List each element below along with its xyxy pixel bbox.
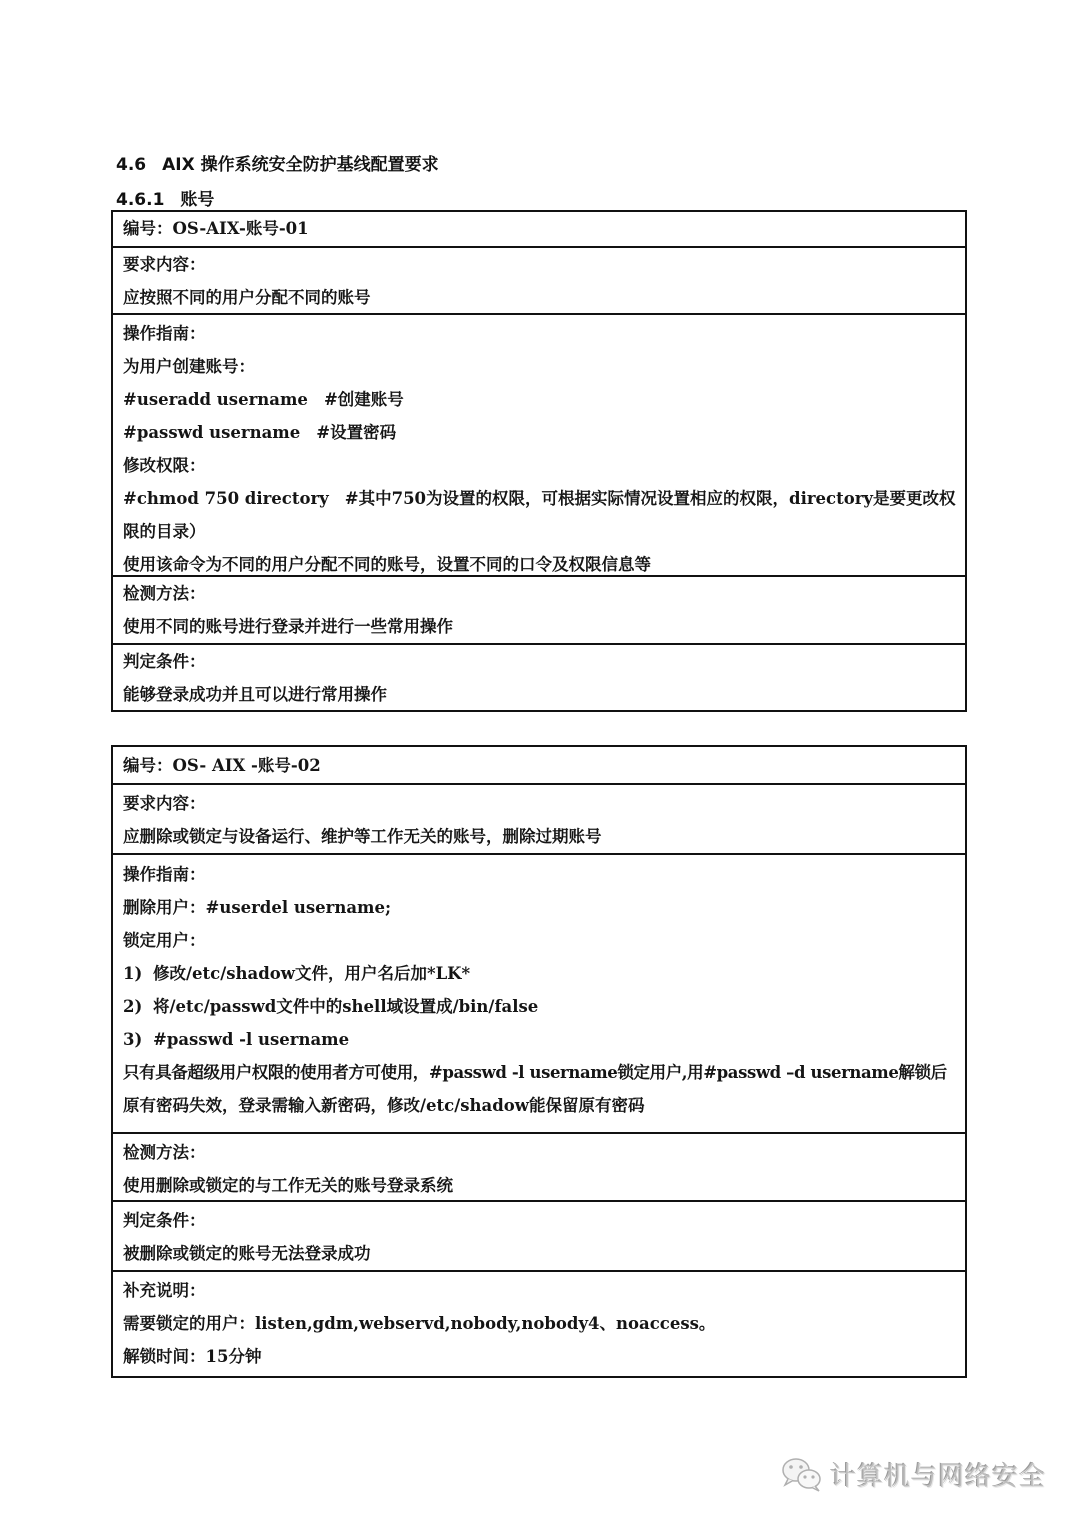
supplement-unlock-time: 解锁时间：15分钟: [123, 1340, 955, 1373]
row-operation-guide: 操作指南： 为用户创建账号： #useradd username#创建账号 #p…: [113, 315, 965, 577]
watermark: 计算机与网络安全: [780, 1455, 1046, 1493]
row-id: 编号：OS- AIX -账号-02: [113, 747, 965, 785]
command-comment: #创建账号: [324, 390, 404, 409]
wechat-icon: [780, 1455, 824, 1493]
row-criteria: 判定条件： 能够登录成功并且可以进行常用操作: [113, 645, 965, 710]
criteria-text: 被删除或锁定的账号无法登录成功: [123, 1237, 955, 1270]
row-requirement: 要求内容： 应按照不同的用户分配不同的账号: [113, 248, 965, 315]
detection-label: 检测方法：: [123, 1136, 955, 1169]
baseline-table-account-01: 编号：OS-AIX-账号-01 要求内容： 应按照不同的用户分配不同的账号 操作…: [111, 210, 967, 712]
requirement-label: 要求内容：: [123, 248, 955, 281]
requirement-text: 应删除或锁定与设备运行、维护等工作无关的账号，删除过期账号: [123, 820, 955, 853]
supplement-label: 补充说明：: [123, 1274, 955, 1307]
command: #useradd username: [123, 390, 308, 409]
command: #chmod 750 directory: [123, 489, 329, 508]
subsection-number: 4.6.1: [116, 190, 164, 210]
detection-label: 检测方法：: [123, 577, 955, 610]
id-line: 编号：OS- AIX -账号-02: [123, 749, 955, 782]
id-line: 编号：OS-AIX-账号-01: [123, 212, 955, 245]
lock-step: 2)将/etc/passwd文件中的shell域设置成/bin/false: [123, 990, 955, 1023]
guide-note-line: 只有具备超级用户权限的使用者方可使用，#passwd -l username锁定…: [123, 1056, 955, 1089]
row-supplement: 补充说明： 需要锁定的用户：listen,gdm,webservd,nobody…: [113, 1272, 965, 1376]
row-operation-guide: 操作指南： 删除用户：#userdel username; 锁定用户： 1)修改…: [113, 855, 965, 1134]
lock-step: 3)#passwd -l username: [123, 1023, 955, 1056]
step-text: 修改/etc/shadow文件，用户名后加*LK*: [153, 964, 470, 983]
row-criteria: 判定条件： 被删除或锁定的账号无法登录成功: [113, 1202, 965, 1272]
supplement-users: 需要锁定的用户：listen,gdm,webservd,nobody,nobod…: [123, 1307, 955, 1340]
watermark-text: 计算机与网络安全: [830, 1456, 1046, 1493]
command-comment: #设置密码: [316, 423, 396, 442]
detection-text: 使用删除或锁定的与工作无关的账号登录系统: [123, 1169, 955, 1202]
row-requirement: 要求内容： 应删除或锁定与设备运行、维护等工作无关的账号，删除过期账号: [113, 785, 965, 855]
lock-step: 1)修改/etc/shadow文件，用户名后加*LK*: [123, 957, 955, 990]
guide-command-line: #passwd username#设置密码: [123, 416, 955, 449]
step-text: #passwd -l username: [153, 1030, 349, 1049]
command: #passwd username: [123, 423, 300, 442]
detection-text: 使用不同的账号进行登录并进行一些常用操作: [123, 610, 955, 643]
section-title: AIX 操作系统安全防护基线配置要求: [162, 155, 439, 175]
requirement-text: 应按照不同的用户分配不同的账号: [123, 281, 955, 314]
guide-command-line: #chmod 750 directory#其中750为设置的权限，可根据实际情况…: [123, 482, 955, 515]
requirement-label: 要求内容：: [123, 787, 955, 820]
subsection-heading: 4.6.1账号: [116, 185, 214, 210]
criteria-label: 判定条件：: [123, 645, 955, 678]
row-detection-method: 检测方法： 使用不同的账号进行登录并进行一些常用操作: [113, 577, 965, 645]
section-number: 4.6: [116, 155, 146, 175]
step-index: 1): [123, 957, 153, 990]
row-id: 编号：OS-AIX-账号-01: [113, 212, 965, 248]
section-heading: 4.6AIX 操作系统安全防护基线配置要求: [116, 150, 439, 175]
guide-label: 操作指南：: [123, 317, 955, 350]
guide-note-line: 原有密码失效，登录需输入新密码，修改/etc/shadow能保留原有密码: [123, 1089, 955, 1122]
criteria-text: 能够登录成功并且可以进行常用操作: [123, 678, 955, 711]
step-text: 将/etc/passwd文件中的shell域设置成/bin/false: [153, 997, 538, 1016]
row-detection-method: 检测方法： 使用删除或锁定的与工作无关的账号登录系统: [113, 1134, 965, 1202]
subsection-title: 账号: [180, 190, 214, 210]
step-index: 3): [123, 1023, 153, 1056]
guide-line: 修改权限：: [123, 449, 955, 482]
baseline-table-account-02: 编号：OS- AIX -账号-02 要求内容： 应删除或锁定与设备运行、维护等工…: [111, 745, 967, 1378]
guide-label: 操作指南：: [123, 858, 955, 891]
command-comment: #其中750为设置的权限，可根据实际情况设置相应的权限，directory是要更…: [345, 489, 956, 508]
lock-user-label: 锁定用户：: [123, 924, 955, 957]
delete-user-line: 删除用户：#userdel username;: [123, 891, 955, 924]
guide-line-continuation: 限的目录）: [123, 515, 955, 548]
guide-line: 为用户创建账号：: [123, 350, 955, 383]
step-index: 2): [123, 990, 153, 1023]
criteria-label: 判定条件：: [123, 1204, 955, 1237]
guide-command-line: #useradd username#创建账号: [123, 383, 955, 416]
